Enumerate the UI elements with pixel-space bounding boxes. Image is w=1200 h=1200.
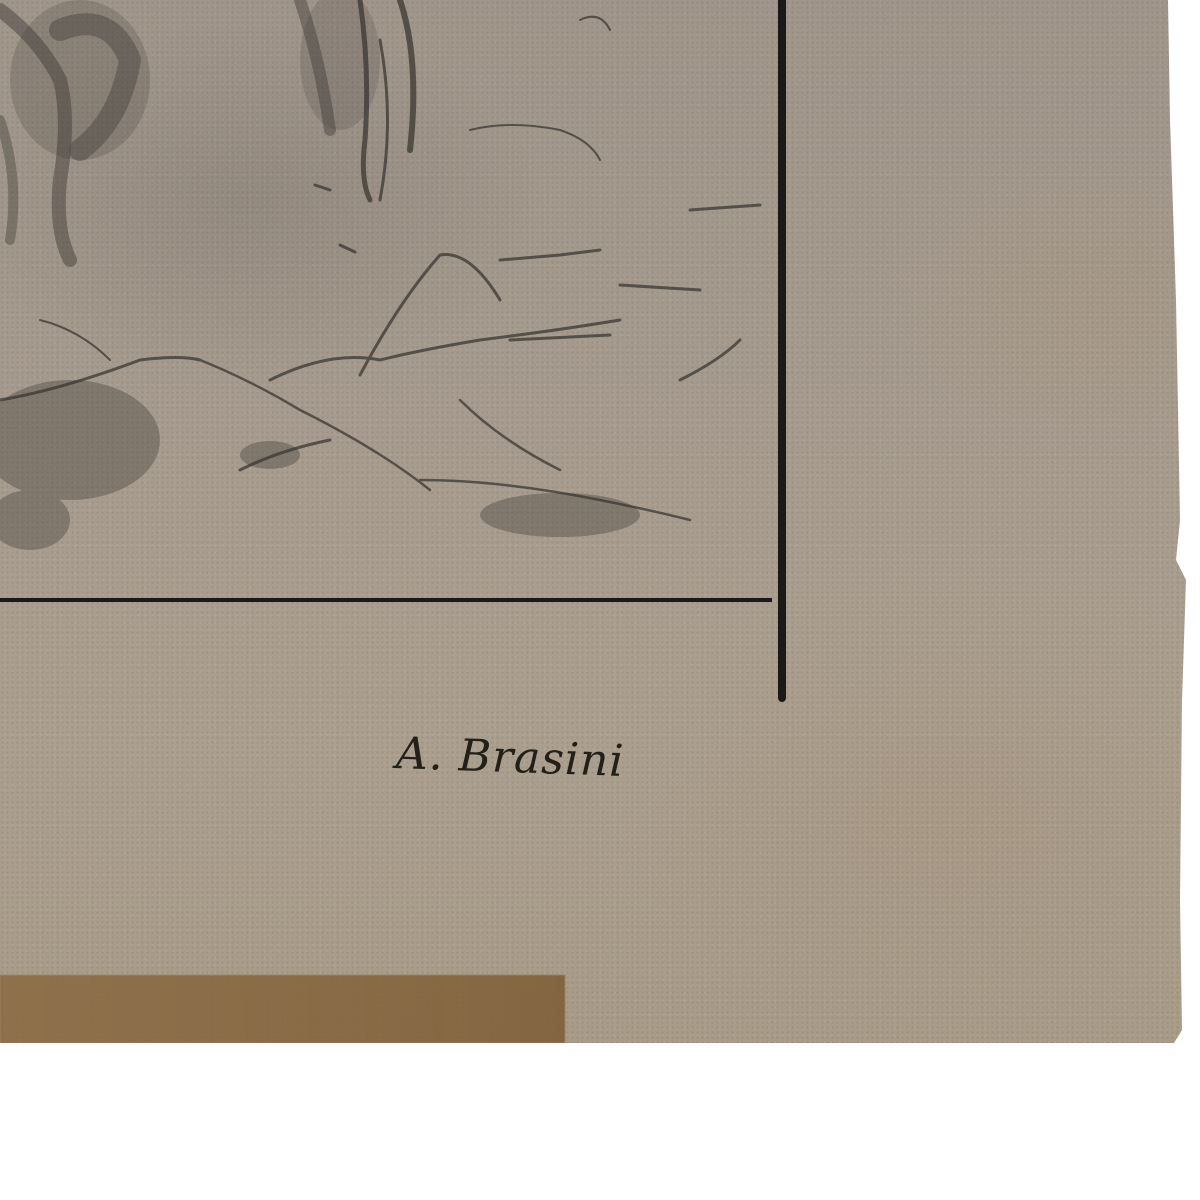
frame-line-horizontal xyxy=(0,598,772,602)
frame-line-vertical xyxy=(778,0,786,702)
tape-stain xyxy=(0,975,565,1043)
pencil-sketch xyxy=(0,0,780,598)
paper-sheet: A. Brasini xyxy=(0,0,1186,1043)
artist-signature: A. Brasini xyxy=(395,728,625,787)
